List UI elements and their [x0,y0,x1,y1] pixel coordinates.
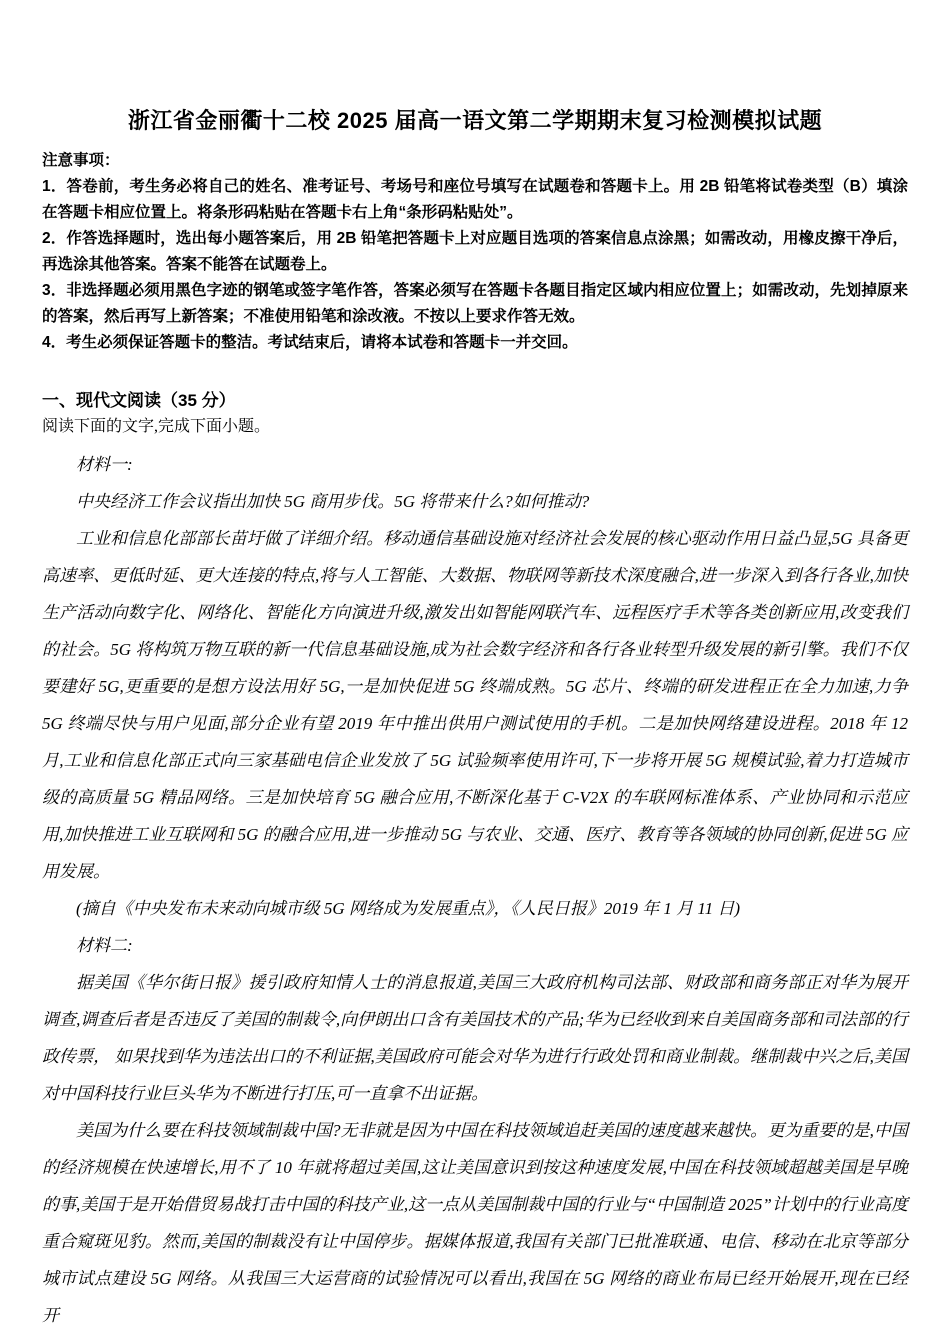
material-1: 材料一: 中央经济工作会议指出加快 5G 商用步伐。5G 将带来什么?如何推动?… [42,446,908,927]
material-2: 材料二: 据美国《华尔街日报》援引政府知情人士的消息报道,美国三大政府机构司法部… [42,927,908,1334]
material-1-paragraph-2: 工业和信息化部部长苗圩做了详细介绍。移动通信基础设施对经济社会发展的核心驱动作用… [42,520,908,890]
exam-paper-page: 浙江省金丽衢十二校 2025 届高一语文第二学期期末复习检测模拟试题 注意事项：… [0,0,950,1344]
material-2-label: 材料二: [42,927,908,964]
material-2-paragraph-1: 据美国《华尔街日报》援引政府知情人士的消息报道,美国三大政府机构司法部、财政部和… [42,964,908,1112]
material-1-citation: (摘自《中央发布未来动向城市级 5G 网络成为发展重点》，《人民日报》2019 … [42,890,908,927]
notice-item-3: 3．非选择题必须用黑色字迹的钢笔或签字笔作答，答案必须写在答题卡各题目指定区域内… [42,278,908,330]
material-2-paragraph-2: 美国为什么要在科技领域制裁中国?无非就是因为中国在科技领域追赶美国的速度越来越快… [42,1112,908,1334]
notices-heading: 注意事项： [42,148,908,174]
section-heading-modern-reading: 一、现代文阅读（35 分） [42,390,908,412]
page-title: 浙江省金丽衢十二校 2025 届高一语文第二学期期末复习检测模拟试题 [42,106,908,136]
notice-item-4: 4．考生必须保证答题卡的整洁。考试结束后，请将本试卷和答题卡一并交回。 [42,330,908,356]
notices-section: 注意事项： 1．答卷前，考生务必将自己的姓名、准考证号、考场号和座位号填写在试题… [42,148,908,356]
notice-item-1: 1．答卷前，考生务必将自己的姓名、准考证号、考场号和座位号填写在试题卷和答题卡上… [42,174,908,226]
material-1-paragraph-1: 中央经济工作会议指出加快 5G 商用步伐。5G 将带来什么?如何推动? [42,483,908,520]
notice-item-2: 2．作答选择题时，选出每小题答案后，用 2B 铅笔把答题卡上对应题目选项的答案信… [42,226,908,278]
section-intro: 阅读下面的文字,完成下面小题。 [42,416,908,438]
material-1-label: 材料一: [42,446,908,483]
